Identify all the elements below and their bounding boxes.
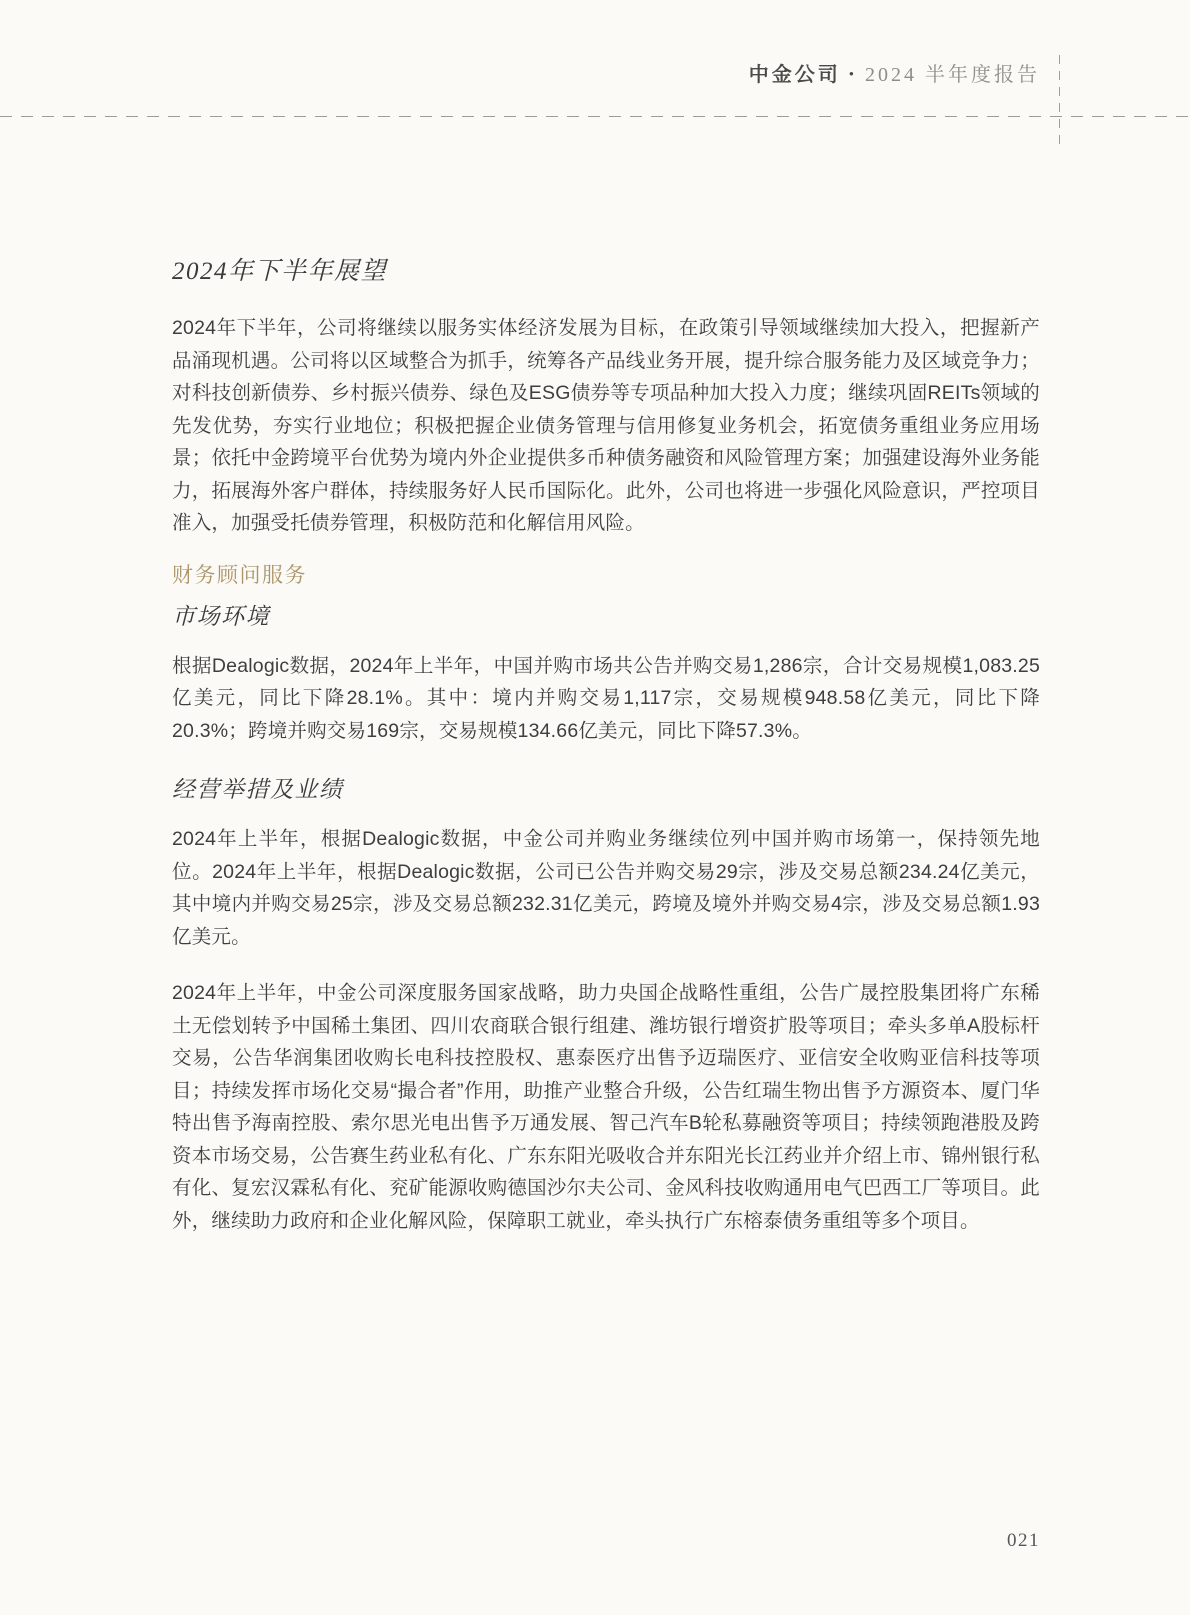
operations-heading: 经营举措及业绩 <box>172 775 1040 805</box>
market-environment-heading: 市场环境 <box>172 602 1040 632</box>
header-horizontal-divider <box>0 116 1190 117</box>
page-content: 2024年下半年展望 2024年下半年，公司将继续以服务实体经济发展为目标，在政… <box>172 256 1040 1237</box>
report-page: 中金公司•2024 半年度报告 2024年下半年展望 2024年下半年，公司将继… <box>0 0 1190 1615</box>
outlook-heading: 2024年下半年展望 <box>172 256 1040 288</box>
header-bullet-separator: • <box>849 67 857 83</box>
page-header: 中金公司•2024 半年度报告 <box>749 58 1040 87</box>
outlook-paragraph: 2024年下半年，公司将继续以服务实体经济发展为目标，在政策引导领域继续加大投入… <box>172 312 1040 540</box>
operations-paragraph-2: 2024年上半年，中金公司深度服务国家战略，助力央国企战略性重组，公告广晟控股集… <box>172 977 1040 1237</box>
page-number: 021 <box>1007 1530 1040 1552</box>
header-vertical-divider <box>1059 55 1060 145</box>
advisory-section-heading: 财务顾问服务 <box>172 562 1040 590</box>
market-environment-paragraph: 根据Dealogic数据，2024年上半年，中国并购市场共公告并购交易1,286… <box>172 650 1040 748</box>
company-name: 中金公司 <box>749 64 841 86</box>
operations-paragraph-1: 2024年上半年，根据Dealogic数据，中金公司并购业务继续位列中国并购市场… <box>172 823 1040 953</box>
report-title: 2024 半年度报告 <box>865 64 1040 86</box>
